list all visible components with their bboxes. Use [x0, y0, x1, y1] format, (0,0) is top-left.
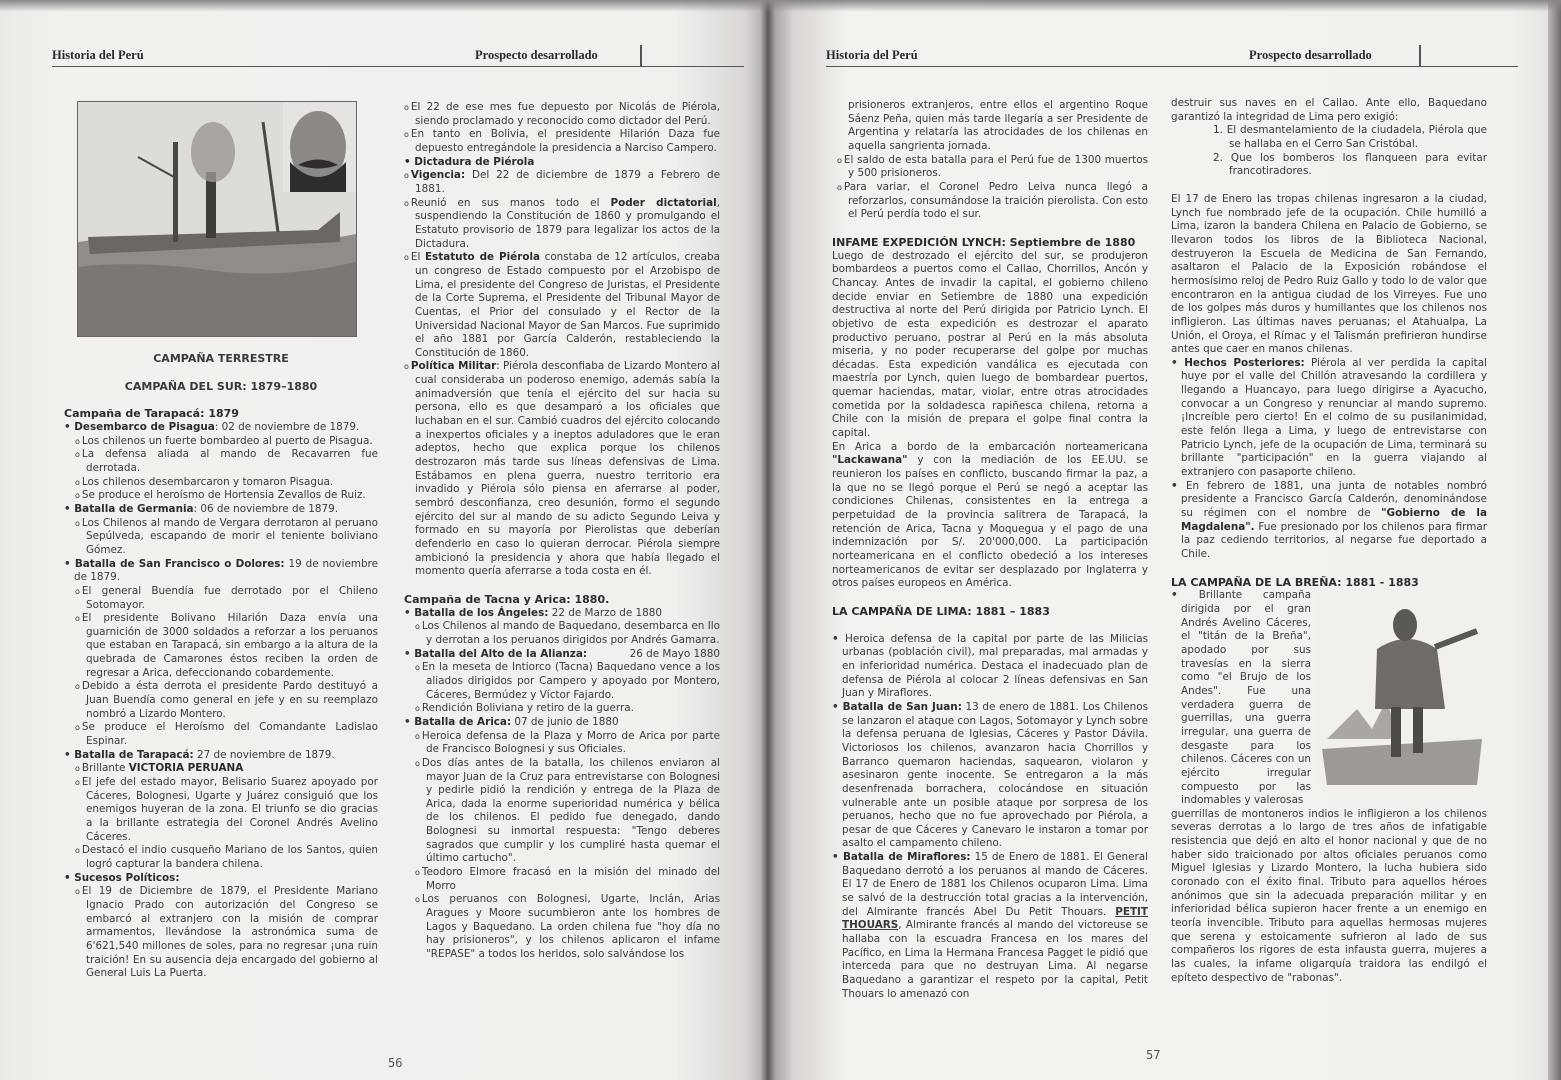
list-subitem: El 22 de ese mes fue depuesto por Nicolá… [404, 101, 720, 128]
list-subitem: Rendición Boliviana y retiro de la guerr… [404, 702, 720, 716]
book-gutter [760, 0, 776, 1080]
list-subitem: Los chilenos desembarcaron y tomaron Pis… [64, 476, 378, 490]
list-item-alianza: Batalla del Alto de la Alianza:26 de May… [404, 648, 720, 662]
list-subitem: Vigencia: Del 22 de diciembre de 1879 a … [404, 169, 720, 196]
left-page-column-1: CAMPAÑA TERRESTRE CAMPAÑA DEL SUR: 1879–… [64, 352, 378, 981]
list-subitem: Dos días antes de la batalla, los chilen… [404, 757, 720, 866]
list-subitem: Se produce el Heroísmo del Comandante La… [64, 721, 378, 748]
caceres-illustration [1317, 589, 1487, 785]
list-item-san-francisco: Batalla de San Francisco o Dolores: 19 d… [64, 558, 378, 585]
list-item-miraflores: Batalla de Miraflores: 15 de Enero de 18… [832, 851, 1148, 1001]
list-subitem: Reunió en sus manos todo el Poder dictat… [404, 197, 720, 252]
list-subitem: El saldo de esta batalla para el Perú fu… [832, 154, 1148, 181]
list-subitem: El general Buendía fue derrotado por el … [64, 585, 378, 612]
list-subitem: El jefe del estado mayor, Belisario Suar… [64, 776, 378, 844]
list-subitem: El presidente Bolivano Hilarión Daza env… [64, 612, 378, 680]
list-item-dictadura: Dictadura de Piérola [404, 156, 720, 170]
left-page: Historia del Perú Prospecto desarrollado… [0, 0, 768, 1080]
page-number-left: 56 [388, 1056, 402, 1070]
list-subitem: En la meseta de Intiorco (Tacna) Baqueda… [404, 661, 720, 702]
running-title: Historia del Perú [52, 48, 144, 63]
paragraph: En Arica a bordo de la embarcación norte… [832, 441, 1148, 591]
heading-campana-terrestre: CAMPAÑA TERRESTRE [64, 352, 378, 366]
list-subitem: Los Chilenos al mando de Baquedano, dese… [404, 620, 720, 647]
caceres-figure-icon [1317, 589, 1487, 785]
heading-tacna-arica: Campaña de Tacna y Arica: 1880. [404, 593, 720, 607]
ship-illustration [77, 101, 357, 337]
list-subitem: Los Chilenos al mando de Vergara derrota… [64, 517, 378, 558]
list-subitem: Los peruanos con Bolognesi, Ugarte, Incl… [404, 893, 720, 961]
list-subitem: Heroica defensa de la Plaza y Morro de A… [404, 730, 720, 757]
list-subitem: Destacó el indio cusqueño Mariano de los… [64, 844, 378, 871]
list-item-arica: Batalla de Arica: 07 de junio de 1880 [404, 716, 720, 730]
paragraph: prisioneros extranjeros, entre ellos el … [832, 99, 1148, 154]
paragraph: El 17 de Enero las tropas chilenas ingre… [1171, 193, 1487, 357]
left-page-column-2: El 22 de ese mes fue depuesto por Nicolá… [404, 101, 720, 962]
paragraph: Luego de destrozado el ejército del sur,… [832, 250, 1148, 441]
list-item-hechos: Hechos Posteriores: Piérola al ver perdi… [1171, 357, 1487, 480]
running-header-right: Historia del Perú Prospecto desarrollado [826, 44, 1518, 67]
list-subitem: El 19 de Diciembre de 1879, el President… [64, 885, 378, 981]
list-item-pisagua: Desembarco de Pisagua: 02 de noviembre d… [64, 421, 378, 435]
running-title: Historia del Perú [826, 48, 918, 63]
numbered-item: 2. Que los bomberos los flanqueen para e… [1171, 152, 1487, 179]
header-divider [640, 45, 642, 67]
list-item-angeles: Batalla de los Ángeles: 22 de Marzo de 1… [404, 607, 720, 621]
heading-campana-lima: LA CAMPAÑA DE LIMA: 1881 – 1883 [832, 605, 1148, 619]
brena-block: Brillante campaña dirigida por el gran A… [1171, 589, 1487, 985]
heading-campana-sur: CAMPAÑA DEL SUR: 1879–1880 [64, 380, 378, 394]
running-subtitle: Prospecto desarrollado [475, 48, 598, 63]
list-subitem: Política Militar: Piérola desconfiaba de… [404, 360, 720, 579]
book-edge [1548, 0, 1561, 1080]
running-subtitle: Prospecto desarrollado [1249, 48, 1372, 63]
list-subitem: Brillante VICTORIA PERUANA [64, 762, 378, 776]
ship-drawing-icon [78, 102, 356, 336]
list-item-tarapaca: Batalla de Tarapacá: 27 de noviembre de … [64, 749, 378, 763]
heading-tarapaca: Campaña de Tarapacá: 1879 [64, 407, 378, 421]
list-item: Heroica defensa de la capital por parte … [832, 633, 1148, 701]
list-item-san-juan: Batalla de San Juan: 13 de enero de 1881… [832, 701, 1148, 851]
list-subitem: El Estatuto de Piérola constaba de 12 ar… [404, 251, 720, 360]
heading-campana-brena: LA CAMPAÑA DE LA BREÑA: 1881 - 1883 [1171, 576, 1487, 590]
list-item-sucesos: Sucesos Políticos: [64, 872, 378, 886]
right-page: Historia del Perú Prospecto desarrollado… [770, 0, 1550, 1080]
heading-expedicion-lynch: INFAME EXPEDICIÓN LYNCH: Septiembre de 1… [832, 236, 1148, 250]
scan-shadow [0, 0, 1561, 12]
list-item-febrero: En febrero de 1881, una junta de notable… [1171, 480, 1487, 562]
list-subitem: La defensa aliada al mando de Recavarren… [64, 448, 378, 475]
list-item-germania: Batalla de Germania: 06 de noviembre de … [64, 503, 378, 517]
paragraph: guerrillas de montoneros indios le infli… [1171, 808, 1487, 986]
list-subitem: Los chilenos un fuerte bombardeo al puer… [64, 435, 378, 449]
list-subitem: En tanto en Bolivia, el presidente Hilar… [404, 128, 720, 155]
right-page-column-2: destruir sus naves en el Callao. Ante el… [1171, 97, 1487, 985]
numbered-item: 1. El desmantelamiento de la ciudadela, … [1171, 124, 1487, 151]
right-page-column-1: prisioneros extranjeros, entre ellos el … [832, 99, 1148, 1001]
running-header-left: Historia del Perú Prospecto desarrollado [52, 44, 744, 67]
list-subitem: Se produce el heroísmo de Hortensia Zeva… [64, 489, 378, 503]
header-divider [1419, 45, 1421, 67]
page-number-right: 57 [1146, 1048, 1160, 1062]
paragraph: destruir sus naves en el Callao. Ante el… [1171, 97, 1487, 124]
list-subitem: Teodoro Elmore fracasó en la misión del … [404, 866, 720, 893]
list-subitem: Debido a ésta derrota el presidente Pard… [64, 680, 378, 721]
list-subitem: Para variar, el Coronel Pedro Leiva nunc… [832, 181, 1148, 222]
